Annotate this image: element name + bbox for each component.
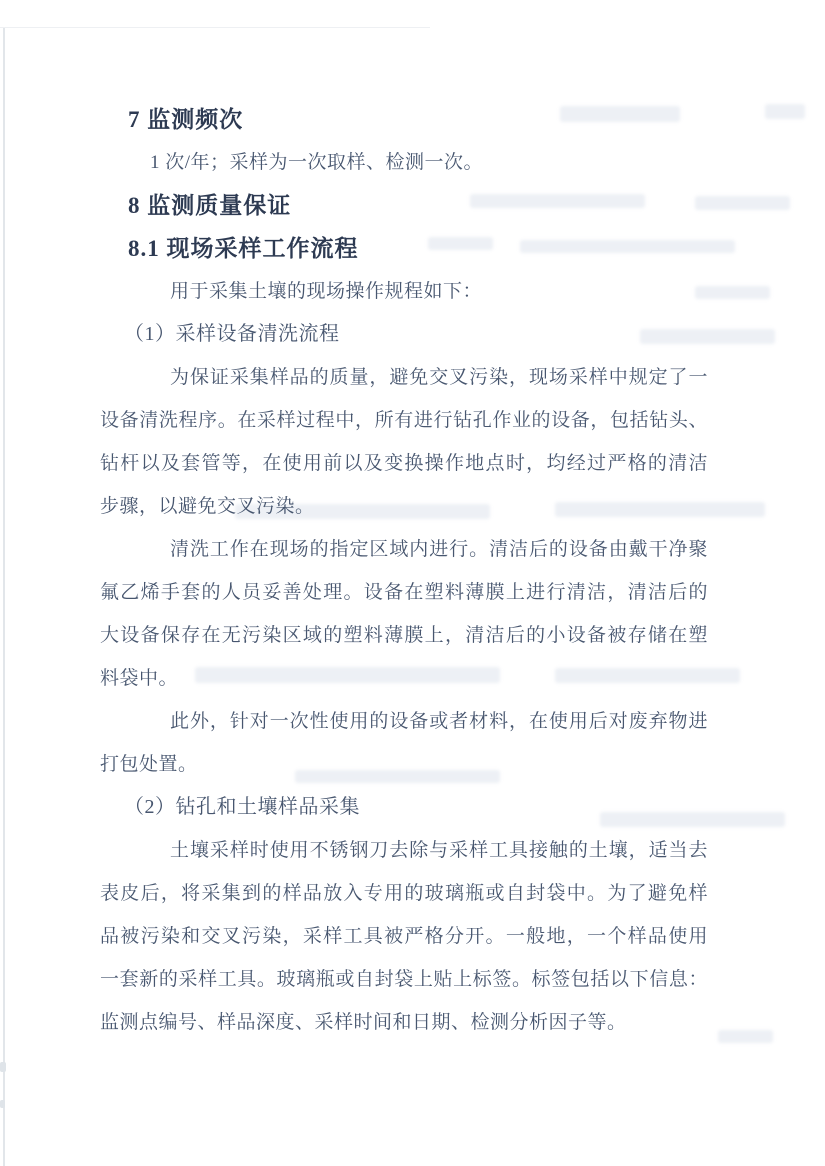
- text-line: 料袋中。: [100, 657, 708, 700]
- text-line: 土壤采样时使用不锈钢刀去除与采样工具接触的土壤，适当去除: [170, 829, 708, 872]
- scan-edge-top: [0, 27, 430, 28]
- text-line: 此外，针对一次性使用的设备或者材料，在使用后对废弃物进行: [170, 700, 708, 743]
- section-heading: 8.1 现场采样工作流程: [128, 227, 708, 270]
- text-line: 用于采集土壤的现场操作规程如下：: [170, 270, 708, 313]
- text-line: 大设备保存在无污染区域的塑料薄膜上，清洁后的小设备被存储在塑: [100, 614, 708, 657]
- text-line: 打包处置。: [100, 743, 708, 786]
- scanned-document-page: 7 监测频次1 次/年；采样为一次取样、检测一次。8 监测质量保证8.1 现场采…: [0, 0, 825, 1166]
- text-line: 1 次/年；采样为一次取样、检测一次。: [150, 141, 708, 184]
- text-line: 步骤，以避免交叉污染。: [100, 485, 708, 528]
- document-content: 7 监测频次1 次/年；采样为一次取样、检测一次。8 监测质量保证8.1 现场采…: [100, 98, 708, 1044]
- text-line: 品被污染和交叉污染，采样工具被严格分开。一般地，一个样品使用: [100, 915, 708, 958]
- bleedthrough-artifact: [765, 104, 805, 119]
- scan-edge-mark: [0, 1062, 6, 1072]
- text-line: 设备清洗程序。在采样过程中，所有进行钻孔作业的设备，包括钻头、: [100, 399, 708, 442]
- text-line: 表皮后，将采集到的样品放入专用的玻璃瓶或自封袋中。为了避免样: [100, 872, 708, 915]
- text-line: 钻杆以及套管等，在使用前以及变换操作地点时，均经过严格的清洁: [100, 442, 708, 485]
- section-heading: 7 监测频次: [128, 98, 708, 141]
- text-line: 监测点编号、样品深度、采样时间和日期、检测分析因子等。: [100, 1001, 708, 1044]
- text-line: （2）钻孔和土壤样品采集: [124, 786, 708, 829]
- text-line: 氟乙烯手套的人员妥善处理。设备在塑料薄膜上进行清洁，清洁后的: [100, 571, 708, 614]
- scan-edge-left: [3, 28, 5, 1166]
- bleedthrough-artifact: [718, 1030, 773, 1043]
- text-line: （1）采样设备清洗流程: [124, 313, 708, 356]
- text-line: 清洗工作在现场的指定区域内进行。清洁后的设备由戴干净聚四: [170, 528, 708, 571]
- text-line: 为保证采集样品的质量，避免交叉污染，现场采样中规定了一套: [170, 356, 708, 399]
- section-heading: 8 监测质量保证: [128, 184, 708, 227]
- text-line: 一套新的采样工具。玻璃瓶或自封袋上贴上标签。标签包括以下信息：: [100, 958, 708, 1001]
- bleedthrough-artifact: [695, 196, 790, 210]
- scan-edge-mark: [0, 1100, 5, 1108]
